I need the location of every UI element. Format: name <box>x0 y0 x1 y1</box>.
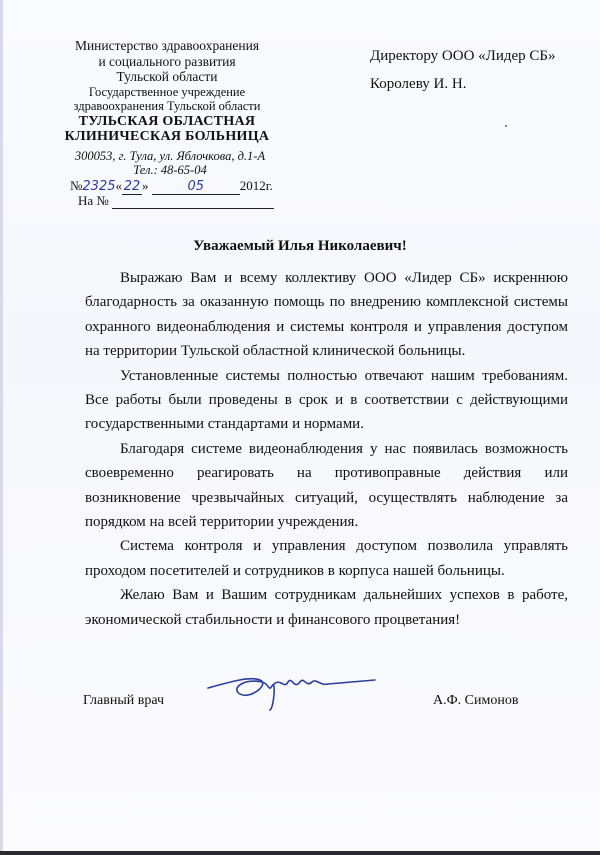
handwritten-signature-icon <box>200 668 380 713</box>
hospital-name: ТУЛЬСКАЯ ОБЛАСТНАЯ <box>52 114 282 130</box>
signatory-name: А.Ф. Симонов <box>433 693 518 709</box>
paragraph: Желаю Вам и Вашим сотрудникам дальнейших… <box>85 583 568 632</box>
salutation: Уважаемый Илья Николаевич! <box>0 238 600 255</box>
recipient-block: Директору ООО «Лидер СБ» Королеву И. Н. <box>370 42 556 98</box>
address-block: 300053, г. Тула, ул. Яблочкова, д.1-А Те… <box>60 149 280 177</box>
reg-number: 2325 <box>82 179 115 194</box>
ministry-line: и социального развития <box>52 54 282 70</box>
letter-page: Министерство здравоохранения и социально… <box>0 0 600 851</box>
reply-to-line: На № <box>78 193 274 209</box>
paragraph: Благодаря системе видеонаблюдения у нас … <box>85 437 568 535</box>
institution-line: здравоохранения Тульской области <box>52 99 282 114</box>
paragraph: Система контроля и управления доступом п… <box>85 534 568 583</box>
letter-body: Выражаю Вам и всему коллективу ООО «Лиде… <box>85 266 568 632</box>
number-sign: № <box>70 178 82 193</box>
paragraph: Установленные системы полностью отвечают… <box>85 364 568 437</box>
scan-speck <box>505 125 507 127</box>
scan-bottom-edge <box>0 851 600 855</box>
ministry-line: Тульской области <box>52 69 282 85</box>
reply-to-label: На № <box>78 193 109 208</box>
recipient-name: Королеву И. Н. <box>370 70 556 98</box>
hospital-name: КЛИНИЧЕСКАЯ БОЛЬНИЦА <box>52 129 282 145</box>
paragraph: Выражаю Вам и всему коллективу ООО «Лиде… <box>85 266 568 364</box>
address: 300053, г. Тула, ул. Яблочкова, д.1-А <box>60 149 280 163</box>
scan-edge <box>0 0 3 851</box>
phone: Тел.: 48-65-04 <box>60 163 280 177</box>
letterhead: Министерство здравоохранения и социально… <box>52 38 282 145</box>
institution-line: Государственное учреждение <box>52 85 282 100</box>
reply-to-blank <box>112 196 274 209</box>
signatory-title: Главный врач <box>83 693 164 709</box>
reg-year: 2012г. <box>240 178 273 193</box>
ministry-line: Министерство здравоохранения <box>52 38 282 54</box>
recipient-position: Директору ООО «Лидер СБ» <box>370 42 556 70</box>
quote-close: » <box>142 178 149 193</box>
